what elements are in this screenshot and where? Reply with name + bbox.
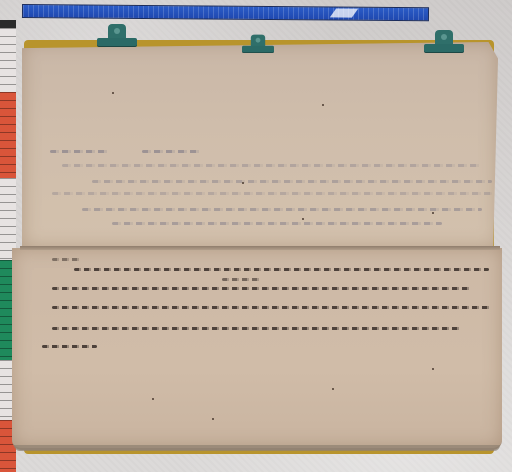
text-line — [62, 164, 482, 167]
page-fold — [20, 246, 500, 250]
ruler-ticks — [23, 5, 428, 20]
paper-speck — [242, 182, 244, 184]
text-line — [52, 258, 82, 261]
clip-pin — [256, 38, 261, 43]
manuscript-lower-panel — [12, 248, 502, 450]
paper-speck — [302, 218, 304, 220]
text-line — [42, 345, 97, 348]
text-line — [52, 327, 462, 330]
clip-jaw — [242, 46, 274, 52]
ruler-segment-white — [0, 20, 16, 92]
paper-speck — [112, 92, 114, 94]
manuscript-upper-panel — [22, 42, 498, 248]
binder-clip-right — [424, 30, 464, 56]
binder-clip-left — [97, 24, 137, 50]
clip-pin — [114, 28, 120, 34]
text-line — [112, 222, 442, 225]
paper-speck — [212, 418, 214, 420]
paper-speck — [152, 398, 154, 400]
text-line — [142, 150, 202, 153]
paper-speck — [432, 212, 434, 214]
text-line — [74, 268, 489, 271]
paper-speck — [332, 388, 334, 390]
binder-clip-center — [242, 35, 274, 56]
paper-speck — [432, 368, 434, 370]
paper-speck — [322, 104, 324, 106]
text-line — [92, 180, 492, 183]
page-bottom-edge — [14, 445, 500, 451]
ruler-segment-red — [0, 92, 16, 178]
clip-jaw — [424, 44, 464, 52]
text-line — [82, 208, 482, 211]
text-line — [50, 150, 110, 153]
ruler-label — [0, 20, 16, 28]
text-line — [52, 287, 472, 290]
clip-pin — [441, 34, 447, 40]
clip-jaw — [97, 38, 137, 46]
text-line — [52, 192, 492, 195]
text-line — [222, 278, 262, 281]
text-line — [52, 306, 492, 309]
